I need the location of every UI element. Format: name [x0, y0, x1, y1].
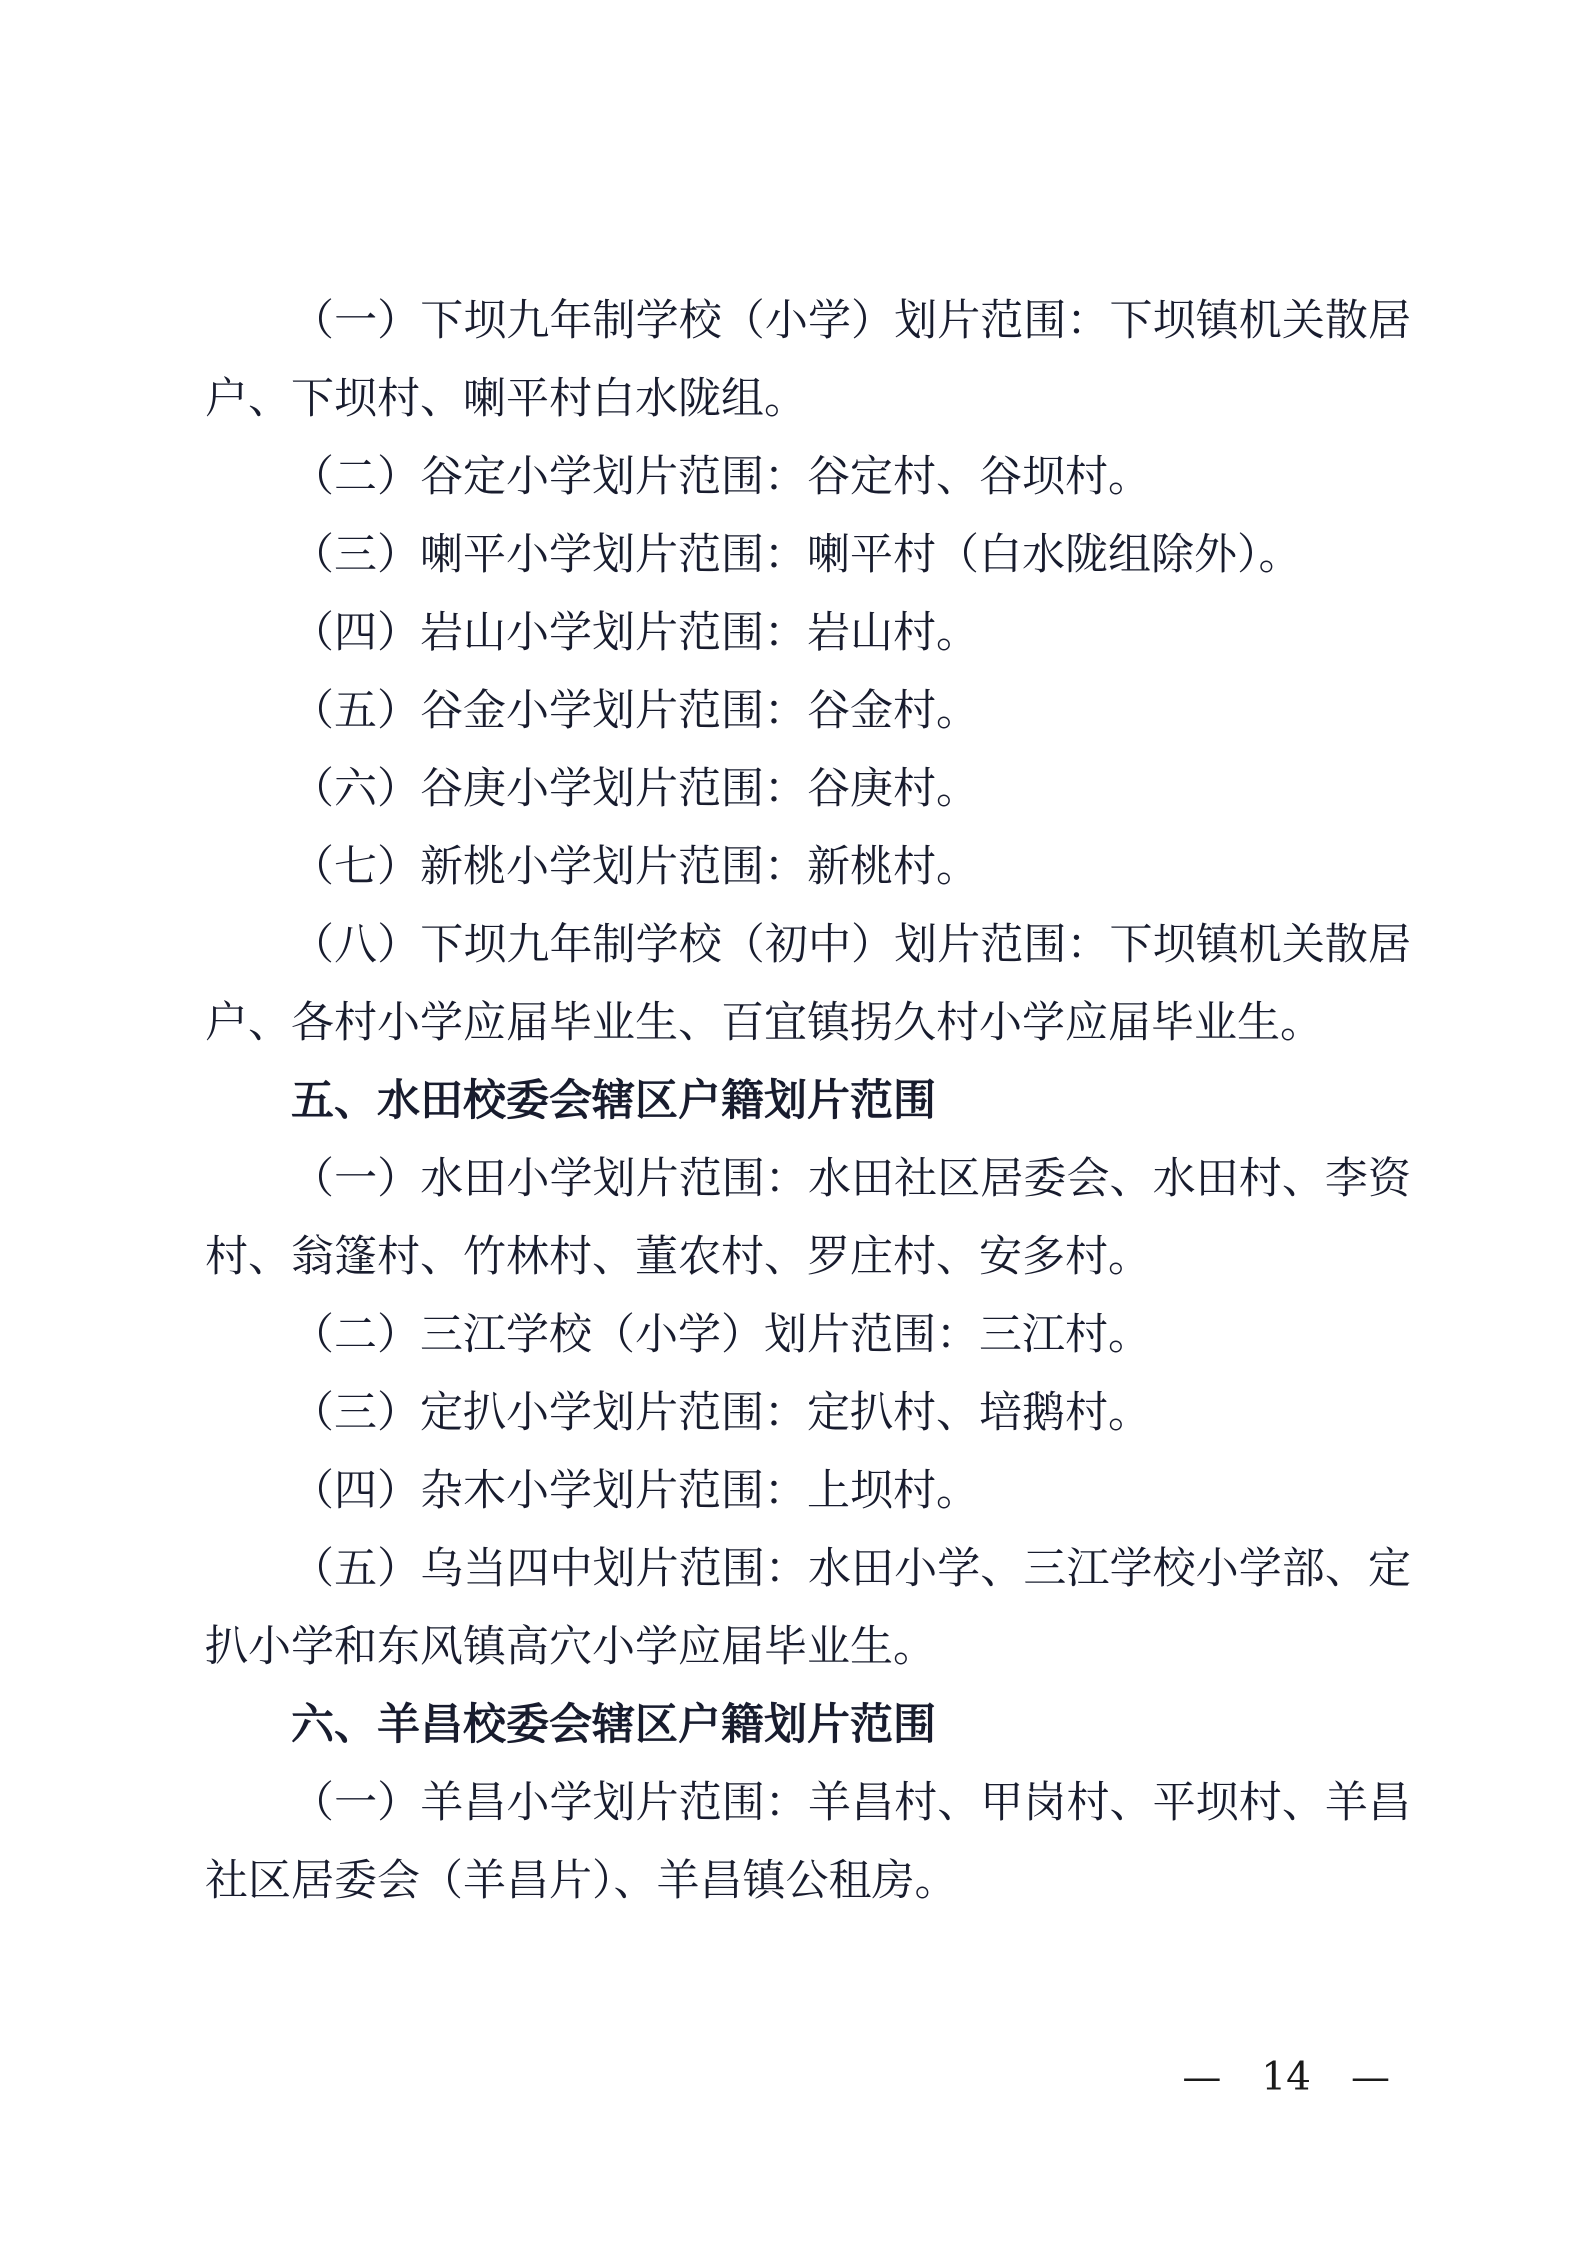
page-number-dash-left: —: [1182, 2056, 1221, 2100]
body-paragraph: （三）喇平小学划片范围：喇平村（白水陇组除外）。: [205, 516, 1411, 594]
body-paragraph: （三）定扒小学划片范围：定扒村、培鹅村。: [205, 1374, 1411, 1452]
section-heading: 六、羊昌校委会辖区户籍划片范围: [205, 1686, 1411, 1764]
body-paragraph: （四）岩山小学划片范围：岩山村。: [205, 594, 1411, 672]
document-body: （一）下坝九年制学校（小学）划片范围：下坝镇机关散居户、下坝村、喇平村白水陇组。…: [205, 282, 1411, 1920]
page-number-dash-right: —: [1351, 2056, 1390, 2100]
page-number-value: 14: [1261, 2056, 1311, 2100]
body-paragraph: （一）羊昌小学划片范围：羊昌村、甲岗村、平坝村、羊昌社区居委会（羊昌片）、羊昌镇…: [205, 1764, 1411, 1920]
document-page: （一）下坝九年制学校（小学）划片范围：下坝镇机关散居户、下坝村、喇平村白水陇组。…: [0, 0, 1587, 2245]
body-paragraph: （二）三江学校（小学）划片范围：三江村。: [205, 1296, 1411, 1374]
section-heading: 五、水田校委会辖区户籍划片范围: [205, 1062, 1411, 1140]
body-paragraph: （六）谷庚小学划片范围：谷庚村。: [205, 750, 1411, 828]
body-paragraph: （四）杂木小学划片范围：上坝村。: [205, 1452, 1411, 1530]
body-paragraph: （一）下坝九年制学校（小学）划片范围：下坝镇机关散居户、下坝村、喇平村白水陇组。: [205, 282, 1411, 438]
page-number: — 14 —: [1182, 2056, 1390, 2100]
body-paragraph: （五）谷金小学划片范围：谷金村。: [205, 672, 1411, 750]
body-paragraph: （二）谷定小学划片范围：谷定村、谷坝村。: [205, 438, 1411, 516]
body-paragraph: （七）新桃小学划片范围：新桃村。: [205, 828, 1411, 906]
body-paragraph: （一）水田小学划片范围：水田社区居委会、水田村、李资村、翁篷村、竹林村、董农村、…: [205, 1140, 1411, 1296]
body-paragraph: （八）下坝九年制学校（初中）划片范围：下坝镇机关散居户、各村小学应届毕业生、百宜…: [205, 906, 1411, 1062]
body-paragraph: （五）乌当四中划片范围：水田小学、三江学校小学部、定扒小学和东风镇高穴小学应届毕…: [205, 1530, 1411, 1686]
